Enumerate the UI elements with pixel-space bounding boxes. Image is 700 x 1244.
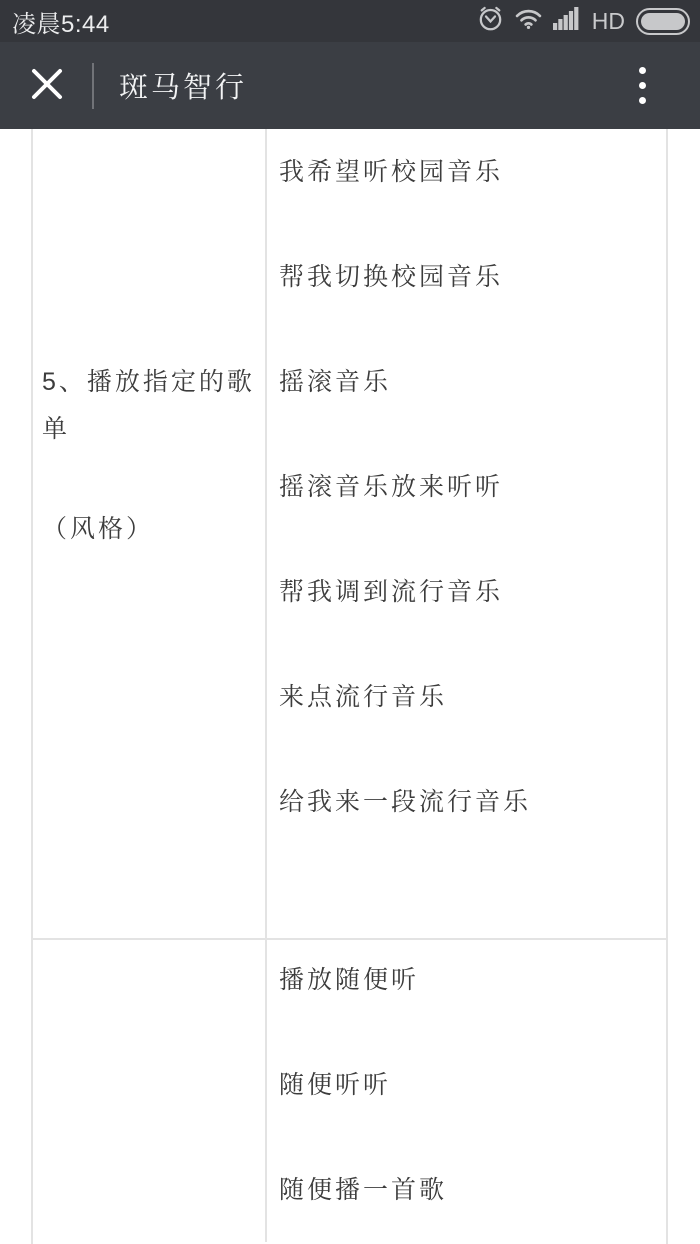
row-label-cell xyxy=(33,940,267,1242)
command-text: 我希望听校园音乐 xyxy=(279,149,660,196)
command-text: 来点流行音乐 xyxy=(279,674,660,721)
status-time: 凌晨5:44 xyxy=(12,4,110,39)
battery-icon xyxy=(636,8,690,35)
row-commands-cell: 播放随便听 随便听听 随便播一首歌 xyxy=(267,940,666,1242)
command-text: 给我来一段流行音乐 xyxy=(279,779,660,826)
signal-icon xyxy=(553,7,581,35)
header-divider xyxy=(92,63,94,109)
command-text: 随便听听 xyxy=(279,1062,660,1109)
commands-table: 5、播放指定的歌单 （风格） 我希望听校园音乐 帮我切换校园音乐 摇滚音乐 摇滚… xyxy=(31,129,668,1244)
titlebar: 斑马智行 xyxy=(0,42,700,129)
command-text: 随便播一首歌 xyxy=(279,1167,660,1214)
battery-fill xyxy=(641,13,685,30)
command-text: 帮我调到流行音乐 xyxy=(279,569,660,616)
row-style-note: （风格） xyxy=(42,506,261,553)
table-row: 5、播放指定的歌单 （风格） 我希望听校园音乐 帮我切换校园音乐 摇滚音乐 摇滚… xyxy=(33,129,666,940)
row-commands-cell: 我希望听校园音乐 帮我切换校园音乐 摇滚音乐 摇滚音乐放来听听 帮我调到流行音乐… xyxy=(267,129,666,938)
alarm-icon xyxy=(477,5,504,37)
hd-indicator: HD xyxy=(592,8,625,35)
command-text: 摇滚音乐放来听听 xyxy=(279,464,660,511)
wifi-icon xyxy=(515,8,542,35)
page-title: 斑马智行 xyxy=(119,65,247,106)
command-text: 摇滚音乐 xyxy=(279,359,660,406)
command-text: 播放随便听 xyxy=(279,957,660,1004)
close-button[interactable] xyxy=(29,68,65,104)
row-label-cell: 5、播放指定的歌单 （风格） xyxy=(33,129,267,938)
command-text: 帮我切换校园音乐 xyxy=(279,254,660,301)
menu-button[interactable] xyxy=(633,61,652,110)
row-label: 5、播放指定的歌单 xyxy=(42,359,261,453)
close-icon xyxy=(29,66,65,105)
ellipsis-icon xyxy=(639,67,646,104)
page: 凌晨5:44 xyxy=(0,0,700,1244)
status-bar: 凌晨5:44 xyxy=(0,0,700,42)
status-icons: HD xyxy=(477,5,690,37)
table-row: 播放随便听 随便听听 随便播一首歌 xyxy=(33,940,666,1242)
